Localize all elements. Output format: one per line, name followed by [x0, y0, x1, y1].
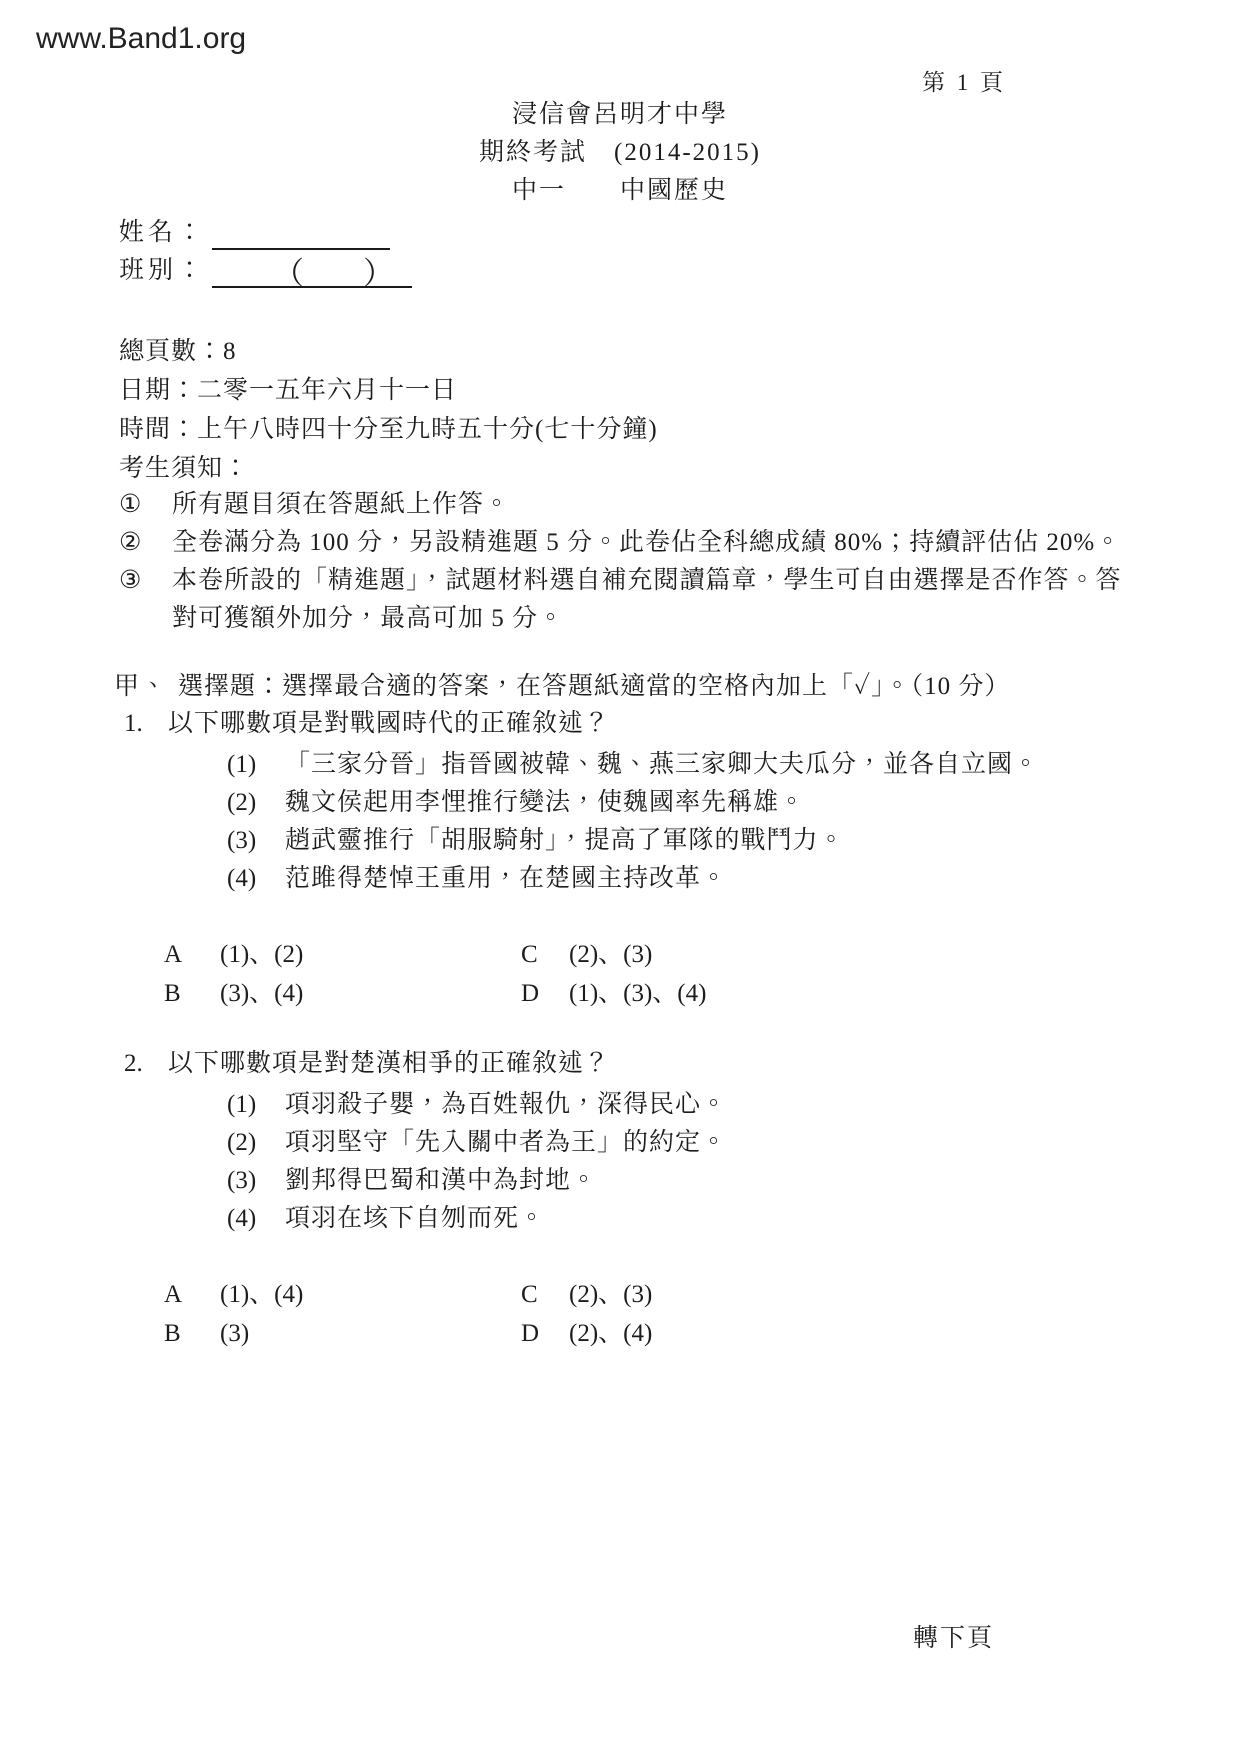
section-instruction: 選擇題：選擇最合適的答案，在答題紙適當的空格內加上「✓」。（10 分） [178, 668, 1010, 706]
header: 浸信會呂明才中學 期終考試 (2014-2015) 中一 中國歷史 [0, 96, 1240, 210]
name-label: 姓名： [119, 216, 206, 250]
option-text: 魏文侯起用李悝推行變法，使魏國率先稱雄。 [285, 784, 805, 822]
notice-heading: 考生須知： [119, 449, 658, 488]
answer-label: B [164, 974, 220, 1013]
option-number: (4) [227, 1200, 285, 1238]
school-name: 浸信會呂明才中學 [0, 96, 1240, 134]
answer-grid: A (1)、(2) C (2)、(3) B (3)、(4) D (1)、(3)、… [164, 935, 1039, 1013]
notice-text: 全卷滿分為 100 分，另設精進題 5 分。此卷佔全科總成績 80%；持續評估佔… [172, 524, 1121, 562]
class-underline: （ ） [212, 256, 412, 288]
option-number: (3) [227, 1162, 285, 1200]
notice-item: ③ 本卷所設的「精進題」，試題材料選自補充閱讀篇章，學生可自由選擇是否作答。答對… [119, 562, 1134, 638]
notice-item: ② 全卷滿分為 100 分，另設精進題 5 分。此卷佔全科總成績 80%；持續評… [119, 524, 1134, 562]
option-item: (1) 「三家分晉」指晉國被韓、魏、燕三家卿大夫瓜分，並各自立國。 [227, 746, 1039, 784]
answer-label: C [521, 1275, 569, 1314]
option-list: (1) 「三家分晉」指晉國被韓、魏、燕三家卿大夫瓜分，並各自立國。 (2) 魏文… [227, 746, 1039, 898]
option-text: 劉邦得巴蜀和漢中為封地。 [285, 1162, 597, 1200]
question-stem: 以下哪數項是對戰國時代的正確敘述？ [168, 705, 610, 743]
question-1: 1. 以下哪數項是對戰國時代的正確敘述？ (1) 「三家分晉」指晉國被韓、魏、燕… [124, 705, 1039, 1013]
section-a-header: 甲、 選擇題：選擇最合適的答案，在答題紙適當的空格內加上「✓」。（10 分） [114, 668, 1010, 706]
notice-text: 所有題目須在答題紙上作答。 [172, 486, 510, 524]
answer-value: (2)、(3) [569, 1275, 652, 1314]
total-pages: 總頁數：8 [119, 332, 658, 371]
option-text: 「三家分晉」指晉國被韓、魏、燕三家卿大夫瓜分，並各自立國。 [285, 746, 1039, 784]
answer-label: C [521, 935, 569, 974]
class-label: 班別： [119, 254, 206, 288]
class-row: 班別： （ ） [119, 250, 412, 288]
option-text: 項羽堅守「先入關中者為王」的約定。 [285, 1124, 727, 1162]
exam-info: 總頁數：8 日期：二零一五年六月十一日 時間：上午八時四十分至九時五十分(七十分… [119, 332, 658, 488]
student-info: 姓名： 班別： （ ） [119, 212, 412, 288]
option-number: (2) [227, 1124, 285, 1162]
option-number: (4) [227, 860, 285, 898]
answer-value: (1)、(4) [220, 1275, 521, 1314]
answer-label: A [164, 1275, 220, 1314]
exam-time: 時間：上午八時四十分至九時五十分(七十分鐘) [119, 410, 658, 449]
option-text: 范雎得楚悼王重用，在楚國主持改革。 [285, 860, 727, 898]
answer-row: B (3) D (2)、(4) [164, 1314, 727, 1353]
option-number: (2) [227, 784, 285, 822]
question-stem-row: 1. 以下哪數項是對戰國時代的正確敘述？ [124, 705, 1039, 743]
question-stem-row: 2. 以下哪數項是對楚漢相爭的正確敘述？ [124, 1045, 727, 1083]
exam-paper-page: www.Band1.org 第 1 頁 浸信會呂明才中學 期終考試 (2014-… [0, 0, 1240, 1754]
question-number: 2. [124, 1045, 168, 1083]
question-2: 2. 以下哪數項是對楚漢相爭的正確敘述？ (1) 項羽殺子嬰，為百姓報仇，深得民… [124, 1045, 727, 1353]
exam-title: 期終考試 (2014-2015) [0, 134, 1240, 172]
option-text: 項羽殺子嬰，為百姓報仇，深得民心。 [285, 1086, 727, 1124]
answer-label: A [164, 935, 220, 974]
option-text: 項羽在垓下自刎而死。 [285, 1200, 545, 1238]
option-number: (1) [227, 746, 285, 784]
answer-value: (2)、(3) [569, 935, 652, 974]
answer-label: D [521, 1314, 569, 1353]
option-item: (2) 魏文侯起用李悝推行變法，使魏國率先稱雄。 [227, 784, 1039, 822]
answer-grid: A (1)、(4) C (2)、(3) B (3) D (2)、(4) [164, 1275, 727, 1353]
question-number: 1. [124, 705, 168, 743]
answer-value: (1)、(2) [220, 935, 521, 974]
notice-text: 本卷所設的「精進題」，試題材料選自補充閱讀篇章，學生可自由選擇是否作答。答對可獲… [172, 562, 1132, 638]
answer-row: A (1)、(2) C (2)、(3) [164, 935, 1039, 974]
class-subject: 中一 中國歷史 [0, 172, 1240, 210]
notice-item: ① 所有題目須在答題紙上作答。 [119, 486, 1134, 524]
option-item: (3) 劉邦得巴蜀和漢中為封地。 [227, 1162, 727, 1200]
notice-number: ① [119, 486, 172, 524]
option-text: 趙武靈推行「胡服騎射」，提高了軍隊的戰鬥力。 [285, 822, 845, 860]
option-item: (3) 趙武靈推行「胡服騎射」，提高了軍隊的戰鬥力。 [227, 822, 1039, 860]
answer-row: A (1)、(4) C (2)、(3) [164, 1275, 727, 1314]
option-item: (2) 項羽堅守「先入關中者為王」的約定。 [227, 1124, 727, 1162]
option-number: (1) [227, 1086, 285, 1124]
class-parens: （ ） [273, 248, 408, 293]
exam-date: 日期：二零一五年六月十一日 [119, 371, 658, 410]
answer-value: (3)、(4) [220, 974, 521, 1013]
option-item: (4) 范雎得楚悼王重用，在楚國主持改革。 [227, 860, 1039, 898]
option-number: (3) [227, 822, 285, 860]
option-item: (4) 項羽在垓下自刎而死。 [227, 1200, 727, 1238]
option-list: (1) 項羽殺子嬰，為百姓報仇，深得民心。 (2) 項羽堅守「先入關中者為王」的… [227, 1086, 727, 1238]
notice-number: ③ [119, 562, 172, 638]
section-label: 甲、 [114, 668, 178, 706]
name-row: 姓名： [119, 212, 412, 250]
page-number: 第 1 頁 [922, 64, 1006, 97]
answer-label: D [521, 974, 569, 1013]
question-stem: 以下哪數項是對楚漢相爭的正確敘述？ [168, 1045, 610, 1083]
next-page-note: 轉下頁 [913, 1618, 994, 1654]
notice-number: ② [119, 524, 172, 562]
answer-value: (3) [220, 1314, 521, 1353]
answer-value: (1)、(3)、(4) [569, 974, 706, 1013]
name-underline [212, 218, 390, 250]
watermark: www.Band1.org [36, 22, 246, 56]
answer-label: B [164, 1314, 220, 1353]
option-item: (1) 項羽殺子嬰，為百姓報仇，深得民心。 [227, 1086, 727, 1124]
notice-list: ① 所有題目須在答題紙上作答。 ② 全卷滿分為 100 分，另設精進題 5 分。… [119, 486, 1134, 638]
answer-value: (2)、(4) [569, 1314, 652, 1353]
answer-row: B (3)、(4) D (1)、(3)、(4) [164, 974, 1039, 1013]
